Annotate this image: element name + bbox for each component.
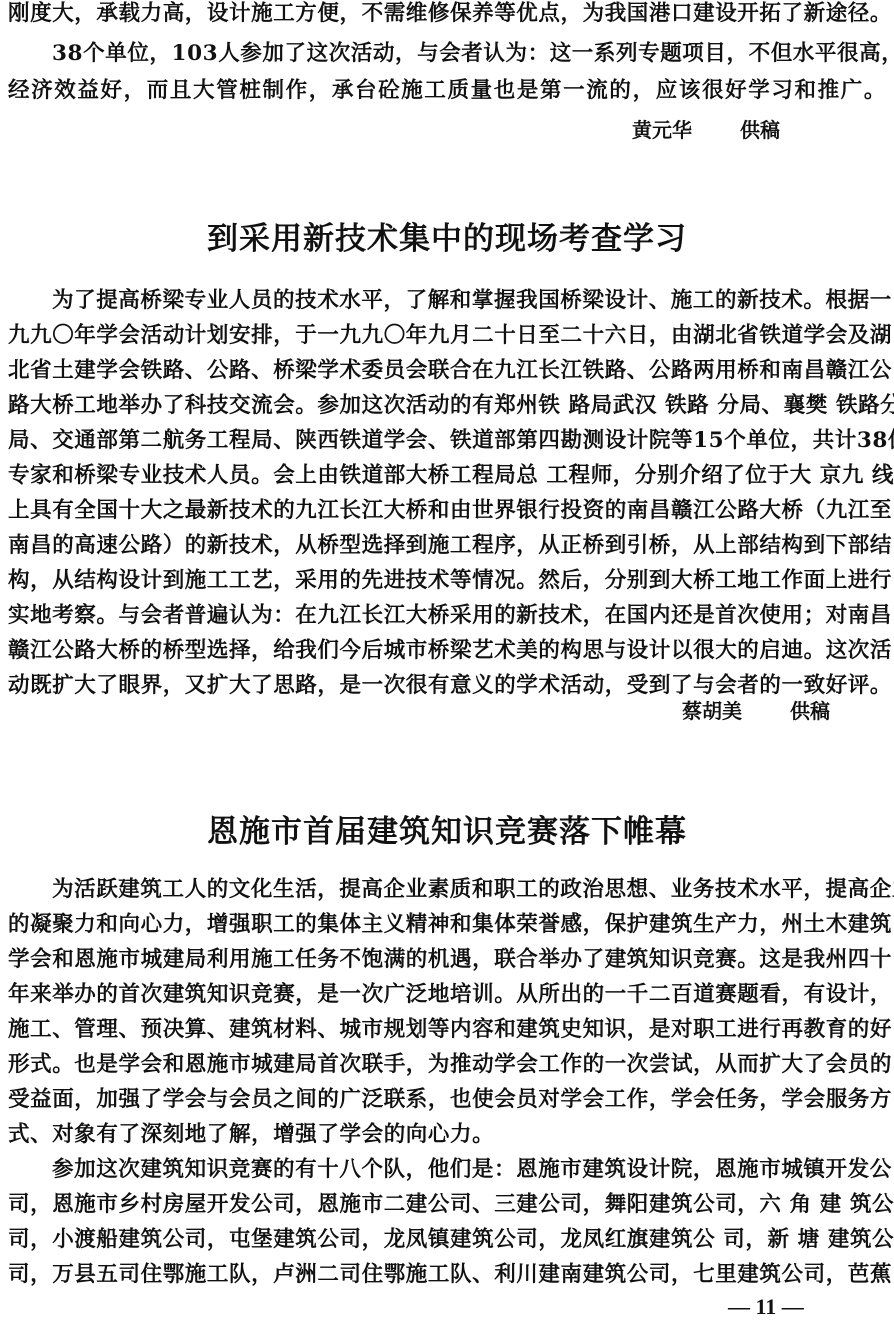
- signature-author: 蔡胡美: [682, 699, 742, 723]
- paragraph-line: 参加这次建筑知识竞赛的有十八个队，他们是：恩施市建筑设计院，恩施市城镇开发公: [52, 1156, 886, 1184]
- paragraph-line: 构，从结构设计到施工工艺，采用的先进技术等情况。然后，分别到大桥工地工作面上进行: [8, 567, 886, 595]
- paragraph-line: 刚度大，承载力高，设计施工方便，不需维修保养等优点，为我国港口建设开拓了新途径。: [8, 0, 886, 28]
- paragraph-line: 路大桥工地举办了科技交流会。参加这次活动的有郑州铁 路局武汉 铁路 分局、襄樊 …: [8, 392, 886, 420]
- paragraph-line: 南昌的高速公路）的新技术，从桥型选择到施工程序，从正桥到引桥，从上部结构到下部结: [8, 532, 886, 560]
- paragraph-line: 为活跃建筑工人的文化生活，提高企业素质和职工的政治思想、业务技术水平，提高企业: [52, 876, 886, 904]
- paragraph-line: 上具有全国十大之最新技术的九江长江大桥和由世界银行投资的南昌赣江公路大桥（九江至: [8, 497, 886, 525]
- paragraph-line: 式、对象有了深刻地了解，增强了学会的向心力。: [8, 1121, 886, 1149]
- paragraph-line: 实地考察。与会者普遍认为：在九江长江大桥采用的新技术，在国内还是首次使用；对南昌: [8, 602, 886, 630]
- article-title: 到采用新技术集中的现场考查学习: [0, 213, 894, 258]
- paragraph-line: 为了提高桥梁专业人员的技术水平，了解和掌握我国桥梁设计、施工的新技术。根据一: [52, 287, 886, 315]
- paragraph-line: 年来举办的首次建筑知识竞赛，是一次广泛地培训。从所出的一千二百道赛题看，有设计，: [8, 981, 886, 1009]
- paragraph-line: 九九〇年学会活动计划安排，于一九九〇年九月二十日至二十六日，由湖北省铁道学会及湖: [8, 322, 886, 350]
- signature: 黄元华供稿: [632, 114, 780, 143]
- paragraph-line: 局、交通部第二航务工程局、陕西铁道学会、铁道部第四勘测设计院等15个单位，共计3…: [8, 427, 886, 455]
- signature: 蔡胡美供稿: [682, 695, 830, 724]
- paragraph-line: 的凝聚力和向心力，增强职工的集体主义精神和集体荣誉感，保护建筑生产力，州土木建筑: [8, 911, 886, 939]
- paragraph-line: 赣江公路大桥的桥型选择，给我们今后城市桥梁艺术美的构思与设计以很大的启迪。这次活: [8, 637, 886, 665]
- paragraph-line: 经济效益好，而且大管桩制作，承台砼施工质量也是第一流的，应该很好学习和推广。: [8, 77, 886, 105]
- signature-label: 供稿: [740, 118, 780, 142]
- signature-label: 供稿: [790, 699, 830, 723]
- paragraph-line: 司，小渡船建筑公司，屯堡建筑公司，龙凤镇建筑公司，龙凤红旗建筑公 司，新 塘 建…: [8, 1226, 886, 1254]
- paragraph-line: 司，万县五司住鄂施工队，卢洲二司住鄂施工队、利川建南建筑公司，七里建筑公司，芭蕉: [8, 1261, 886, 1289]
- signature-author: 黄元华: [632, 118, 692, 142]
- paragraph-line: 受益面，加强了学会与会员之间的广泛联系，也使会员对学会工作，学会任务，学会服务方: [8, 1086, 886, 1114]
- paragraph-line: 北省土建学会铁路、公路、桥梁学术委员会联合在九江长江铁路、公路两用桥和南昌赣江公: [8, 357, 886, 385]
- paragraph-line: 司，恩施市乡村房屋开发公司，恩施市二建公司、三建公司，舞阳建筑公司，六 角 建 …: [8, 1191, 886, 1219]
- paragraph-line: 专家和桥梁专业技术人员。会上由铁道部大桥工程局总 工程师，分别介绍了位于大 京九…: [8, 462, 886, 490]
- paragraph-line: 38个单位，103人参加了这次活动，与会者认为：这一系列专题项目，不但水平很高，: [52, 40, 886, 68]
- paragraph-line: 学会和恩施市城建局利用施工任务不饱满的机遇，联合举办了建筑知识竞赛。这是我州四十: [8, 946, 886, 974]
- paragraph-line: 形式。也是学会和恩施市城建局首次联手，为推动学会工作的一次尝试，从而扩大了会员的: [8, 1051, 886, 1079]
- page-number: — 11 —: [728, 1294, 804, 1320]
- paragraph-line: 施工、管理、预决算、建筑材料、城市规划等内容和建筑史知识，是对职工进行再教育的好: [8, 1016, 886, 1044]
- article-title: 恩施市首届建筑知识竞赛落下帷幕: [0, 806, 894, 851]
